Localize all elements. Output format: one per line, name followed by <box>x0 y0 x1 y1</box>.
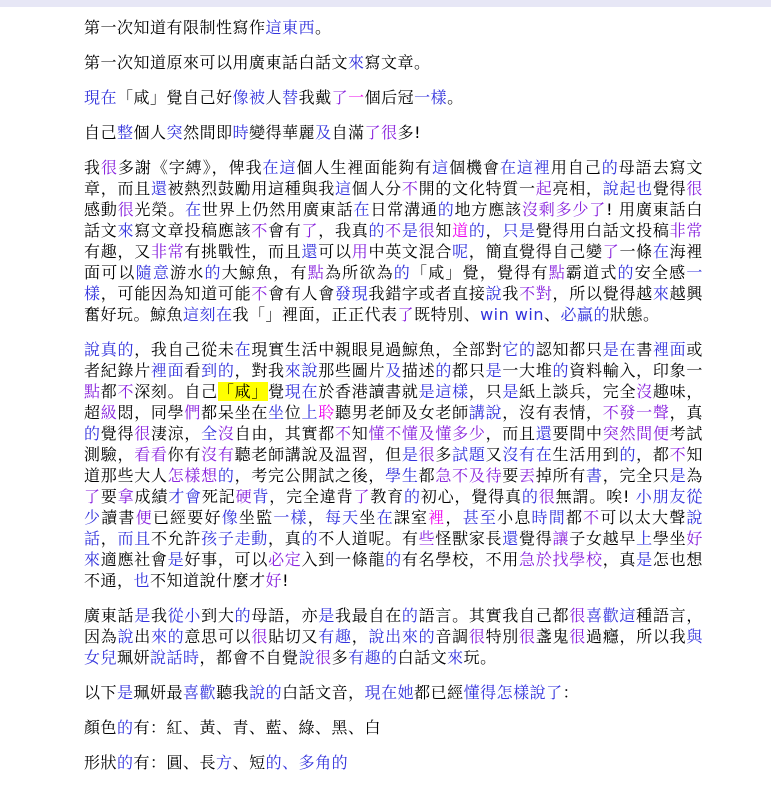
text-run-b: 坐 <box>268 403 285 422</box>
paragraph: 形狀的有：圓、長方、短的、多角的 <box>84 752 703 773</box>
text-run-b: 及 <box>315 123 332 142</box>
text-run-k: ，沒有表情， <box>502 403 602 422</box>
text-run-v: 很 <box>539 487 556 506</box>
text-run-k: 第一次知道有限制性寫作 <box>84 18 266 37</box>
text-run-k: 我戴 <box>299 88 332 107</box>
text-run-k: ! <box>282 571 289 590</box>
text-run-k: 資料輸入，印象一 <box>569 361 703 380</box>
text-run-b: 有趣 <box>318 627 351 646</box>
text-run-b: 的 <box>385 550 402 569</box>
text-run-k: 大鯨魚，有 <box>222 263 308 282</box>
text-run-b: 說 <box>486 284 503 303</box>
text-run-k: 要 <box>502 466 519 485</box>
text-run-k: 為所欲為 <box>325 263 394 282</box>
text-run-k: 怪獸家長 <box>435 529 502 548</box>
text-run-b: 來的 <box>151 627 184 646</box>
text-run-v: 丟 <box>519 466 536 485</box>
text-run-k: 多謝《字縛》，俾我 <box>118 158 263 177</box>
text-run-v: 點 <box>308 263 325 282</box>
text-run-b: 來 <box>348 53 365 72</box>
text-run-b: 的 <box>302 529 319 548</box>
text-run-b: 來 <box>653 284 670 303</box>
text-run-b: 的、多角的 <box>266 753 349 772</box>
text-run-v: 不對 <box>519 284 552 303</box>
text-run-k: 入到一條龍 <box>302 550 386 569</box>
text-run-k: ，都 <box>636 445 669 464</box>
text-run-v: 點 <box>84 382 101 401</box>
text-run-k: 我 <box>502 284 519 303</box>
text-run-k: 我最自在 <box>335 606 402 625</box>
text-run-b: 的 <box>368 221 385 240</box>
text-run-k: 多! <box>398 123 421 142</box>
text-run-b: 這 <box>335 179 352 198</box>
text-run-k: 都已經 <box>414 683 464 702</box>
text-run-b: 是這樣 <box>419 382 469 401</box>
text-run-k: 有挑戰性，而且 <box>184 242 301 261</box>
text-run-k: 。 <box>315 18 332 37</box>
text-run-b: 來 <box>117 221 134 240</box>
text-run-v: 了 <box>353 487 370 506</box>
text-run-k: 位 <box>285 403 302 422</box>
text-run-k: 既特別、 <box>414 305 480 324</box>
text-run-k: 悶，同學 <box>117 403 184 422</box>
text-run-k: 安全感 <box>635 263 687 282</box>
text-run-v: 不發一聲 <box>603 403 670 422</box>
text-run-k: 個人生裡面能夠有 <box>296 158 432 177</box>
text-run-k: 、 <box>544 305 561 324</box>
text-run-k: ，完全違背 <box>269 487 353 506</box>
text-run-v: 沒剩多少了 <box>522 200 606 219</box>
text-run-k: 讀書 <box>101 508 135 527</box>
text-run-k: 。 <box>447 88 464 107</box>
text-run-b: 這東西 <box>266 18 316 37</box>
text-run-b: 像被 <box>233 88 266 107</box>
text-run-k: ， <box>486 221 503 240</box>
text-run-b: 是 <box>134 606 151 625</box>
text-run-v: 很 <box>315 648 332 667</box>
text-run-b: 的 <box>235 606 252 625</box>
text-run-k: 游水 <box>170 263 204 282</box>
text-run-k: 於香港讀書就 <box>318 382 418 401</box>
text-run-b: 的 <box>394 263 411 282</box>
text-run-b: 隨意 <box>136 263 170 282</box>
text-run-b: 的 <box>469 221 486 240</box>
text-run-k: 生活用到 <box>553 445 620 464</box>
text-run-b: 及 <box>385 361 402 380</box>
text-run-b: 現在她 <box>365 683 415 702</box>
text-run-k: 「咸」覺，覺得有 <box>411 263 549 282</box>
text-run-v: 不 <box>402 179 419 198</box>
paragraph: 顏色的有：紅、黃、青、藍、綠、黑、白 <box>84 717 703 738</box>
text-run-k: 子女越早 <box>569 529 636 548</box>
text-run-v: 很 <box>118 200 135 219</box>
text-run-b: 一樣 <box>273 508 307 527</box>
text-run-v: 不 <box>251 284 268 303</box>
text-run-k: ，簡直覺得自己變 <box>469 242 603 261</box>
text-run-b: 是在 <box>603 340 636 359</box>
text-run-b: 的 <box>435 361 452 380</box>
text-run-b: 有趣的 <box>348 648 398 667</box>
text-run-b: 說出來的 <box>368 627 435 646</box>
text-run-k: 都呆坐在 <box>201 403 268 422</box>
paragraph: 自己整個人突然間即時變得華麗及自滿了很多! <box>84 122 703 143</box>
text-run-v: 不 <box>335 424 352 443</box>
text-run-k: ， <box>308 508 325 527</box>
text-run-b: 在這裡 <box>500 158 551 177</box>
text-run-v: 很 <box>419 221 436 240</box>
text-run-b: 到的 <box>201 361 234 380</box>
article-body: 第一次知道有限制性寫作這東西。第一次知道原來可以用廣東話白話文來寫文章。現在「咸… <box>84 17 703 773</box>
text-run-b: 也 <box>134 571 151 590</box>
text-run-k: 有：紅、黃、青、藍、綠、黑、白 <box>134 718 382 737</box>
text-run-b: 的 <box>204 263 221 282</box>
text-run-k: ： <box>563 683 580 702</box>
text-run-v: 很 <box>519 627 536 646</box>
text-run-k: 描述 <box>402 361 435 380</box>
text-run-b: 喜歡 <box>183 683 216 702</box>
text-run-b: 沒有在 <box>502 445 552 464</box>
text-run-b: 還 <box>536 424 553 443</box>
text-run-b: 說的 <box>249 683 282 702</box>
text-run-b: 來 <box>447 648 464 667</box>
text-run-b: 來說 <box>285 361 318 380</box>
text-run-k: 學坐 <box>653 529 686 548</box>
text-run-b: 時 <box>233 123 250 142</box>
text-run-k: 形狀 <box>84 753 117 772</box>
text-run-v: 不 <box>251 221 268 240</box>
text-run-v: 很 <box>134 424 151 443</box>
text-run-k: 個機會 <box>449 158 500 177</box>
text-run-v: 讓 <box>552 529 569 548</box>
text-run-k: 然間即 <box>183 123 233 142</box>
text-run-k: ，真 <box>670 403 703 422</box>
top-bar <box>0 0 771 7</box>
text-run-k: ，對我 <box>235 361 285 380</box>
text-run-v: 好 <box>266 571 283 590</box>
text-run-k: 母語，亦 <box>251 606 318 625</box>
text-run-k: 坐 <box>359 508 376 527</box>
text-run-k: 自由，其實都 <box>235 424 335 443</box>
text-run-k: ，只 <box>469 382 502 401</box>
text-run-b: 的 <box>117 718 134 737</box>
text-run-b: 是 <box>486 361 503 380</box>
text-run-v: 沒 <box>218 424 235 443</box>
text-run-k: ， <box>352 627 369 646</box>
text-run-b: 是 <box>670 466 687 485</box>
text-run-k: 課室 <box>394 508 428 527</box>
text-run-b: 還 <box>151 179 168 198</box>
text-run-k: 書 <box>636 340 653 359</box>
text-run-k: 廣東話 <box>84 606 134 625</box>
text-run-k: 個后冠 <box>365 88 415 107</box>
text-run-b: 還 <box>502 529 519 548</box>
text-run-b: 裡面 <box>151 361 184 380</box>
text-run-k: 地方應該 <box>455 200 522 219</box>
text-run-k: ， <box>445 508 462 527</box>
text-run-v: 不 <box>670 445 687 464</box>
text-run-k: 現實生活中親眼見過鯨魚，全部對 <box>251 340 502 359</box>
text-run-k: 好事，可以 <box>184 550 268 569</box>
text-run-k: ，考完公開試之後， <box>235 466 386 485</box>
text-run-b: 呢 <box>452 242 469 261</box>
paragraph: 我很多謝《字縛》，俾我在這個人生裡面能夠有這個機會在這裡用自己的母語去寫文章，而… <box>84 157 703 325</box>
text-run-b: 突 <box>167 123 184 142</box>
text-run-v: 很 <box>101 158 118 177</box>
paragraph: 第一次知道有限制性寫作這東西。 <box>84 17 703 38</box>
text-run-b: 是 <box>502 382 519 401</box>
text-run-b: 而且 <box>117 529 150 548</box>
text-run-k: 用自己 <box>551 158 602 177</box>
text-run-k: 不知道說什麼才 <box>150 571 266 590</box>
text-run-k: 都只 <box>452 361 485 380</box>
text-run-k: ，而且 <box>486 424 536 443</box>
text-run-b: 這刻在 <box>183 305 233 324</box>
text-run-k: ，我真 <box>318 221 368 240</box>
text-run-k: 日常溝通 <box>370 200 437 219</box>
text-run-b: 是 <box>168 550 185 569</box>
text-run-k: 要 <box>101 487 118 506</box>
text-run-b: 像 <box>222 508 239 527</box>
text-run-v: 必定 <box>268 550 301 569</box>
text-run-b: 講說 <box>469 403 502 422</box>
text-run-k: 出 <box>134 627 151 646</box>
text-run-b: 書 <box>586 466 603 485</box>
text-run-k: 白話文 <box>398 648 448 667</box>
text-run-k: 白話文音， <box>282 683 365 702</box>
text-run-v: 沒 <box>636 382 653 401</box>
text-run-v: 很 <box>469 627 486 646</box>
text-run-k: 小息 <box>497 508 531 527</box>
text-run-b: 全 <box>201 424 218 443</box>
text-run-k: 覺得 <box>653 179 686 198</box>
text-run-m: 道 <box>452 221 469 240</box>
text-run-b: 的 <box>619 445 636 464</box>
text-run-k: 狀態。 <box>610 305 660 324</box>
text-run-b: win win <box>480 305 544 324</box>
text-run-m: 裡 <box>428 508 445 527</box>
text-run-k: 成績 <box>135 487 169 506</box>
text-run-k: 一大堆 <box>502 361 552 380</box>
text-run-b: 在 <box>185 200 202 219</box>
text-run-k: 為 <box>686 466 703 485</box>
text-run-k: 珮妍 <box>117 648 150 667</box>
text-run-k: 可以太大聲 <box>600 508 686 527</box>
text-run-k: 有趣，又 <box>84 242 151 261</box>
text-run-b: 每天 <box>325 508 359 527</box>
text-run-k: 到大 <box>201 606 234 625</box>
text-run-k: 感動 <box>84 200 118 219</box>
text-run-b: 從小 <box>168 606 201 625</box>
text-run-v: 用 <box>352 242 369 261</box>
text-run-b: 的 <box>618 263 635 282</box>
text-run-v: 很 <box>569 606 586 625</box>
text-run-b: 孩子走動 <box>201 529 268 548</box>
text-run-v: 很 <box>569 627 586 646</box>
text-run-b: 裡面 <box>653 340 686 359</box>
text-run-k: 都 <box>101 382 118 401</box>
text-run-v: 非常 <box>670 221 703 240</box>
text-run-b: 在 <box>377 508 394 527</box>
text-run-b: 替 <box>282 88 299 107</box>
text-run-b: 的 <box>438 200 455 219</box>
text-run-k: 盞鬼 <box>536 627 569 646</box>
text-run-b: 甚至 <box>463 508 497 527</box>
text-run-b: 懂得怎樣說了 <box>464 683 563 702</box>
paragraph: 現在「咸」覺自己好像被人替我戴了一個后冠一樣。 <box>84 87 703 108</box>
text-run-b: 現在 <box>84 88 117 107</box>
text-run-k: 被熱烈鼓勵用這種與我 <box>168 179 335 198</box>
text-run-k: 認知都只 <box>536 340 603 359</box>
text-run-k: 不人道呢。有 <box>318 529 418 548</box>
text-run-b: 是 <box>402 445 419 464</box>
text-run-b: 說 <box>299 648 316 667</box>
text-run-k: 會有人會 <box>268 284 335 303</box>
text-run-k: 無謂。唉! <box>556 487 636 506</box>
text-run-b: 現在 <box>285 382 318 401</box>
text-run-b: 才會 <box>168 487 202 506</box>
text-run-k: ，完全只 <box>603 466 670 485</box>
text-run-v: 怎樣想 <box>168 466 218 485</box>
paragraph: 以下是珮妍最喜歡聽我說的白話文音，現在她都已經懂得怎樣說了： <box>84 682 703 703</box>
text-run-k: 個人 <box>134 123 167 142</box>
text-run-k: 教育 <box>370 487 404 506</box>
text-run-k: 掉所有 <box>536 466 586 485</box>
text-run-k: ，我自己從未 <box>134 340 234 359</box>
text-run-k: 音調 <box>435 627 468 646</box>
text-run-k: 可以 <box>318 242 351 261</box>
text-run-k: ，真 <box>603 550 636 569</box>
text-run-k: 紙上談兵，完全 <box>519 382 636 401</box>
text-run-k: 聽老師講說及温習，但 <box>235 445 402 464</box>
text-run-v: 了 <box>603 242 620 261</box>
text-run-b: 學生 <box>385 466 418 485</box>
text-run-k: 坐監 <box>239 508 273 527</box>
paragraph: 第一次知道原來可以用廣東話白話文來寫文章。 <box>84 52 703 73</box>
text-run-v: 突然間便 <box>603 424 670 443</box>
text-run-k: 貼切又 <box>268 627 318 646</box>
text-run-k: 有名學校，不用 <box>402 550 519 569</box>
text-run-b: 說 <box>117 627 134 646</box>
text-run-k: 中英文混合 <box>368 242 452 261</box>
text-run-v: 點 <box>549 263 566 282</box>
text-run-b: 必贏的 <box>561 305 611 324</box>
text-run-k: ，所以覺得越 <box>553 284 653 303</box>
text-run-v: 看看 <box>134 445 167 464</box>
text-run-k: 我 <box>84 158 101 177</box>
text-run-v: 硬 <box>236 487 253 506</box>
text-run-b: 在這 <box>263 158 297 177</box>
text-run-v: 不 <box>385 221 402 240</box>
text-run-k: 個人分 <box>352 179 402 198</box>
paragraph: 說真的，我自己從未在現實生活中親眼見過鯨魚，全部對它的認知都只是在書裡面或者紀錄… <box>84 339 703 591</box>
text-run-b: 的 <box>553 361 570 380</box>
text-run-k: 顏色 <box>84 718 117 737</box>
text-run-v: 非常 <box>151 242 184 261</box>
text-run-v: 急於找學校 <box>519 550 603 569</box>
text-run-b: 的 <box>522 487 539 506</box>
text-run-v: 很 <box>251 627 268 646</box>
text-run-k: 都 <box>419 466 436 485</box>
text-run-k: 霸道式 <box>566 263 618 282</box>
text-run-k: 特別 <box>486 627 519 646</box>
text-run-v: 級 <box>101 403 118 422</box>
text-run-b: 發現 <box>335 284 368 303</box>
text-run-k: 亮相， <box>553 179 603 198</box>
text-run-k: 覺得 <box>101 424 134 443</box>
text-run-b: 試題 <box>452 445 485 464</box>
text-run-b: 只是 <box>502 221 535 240</box>
text-run-v: 不 <box>117 382 134 401</box>
text-run-b: 說真的 <box>84 340 134 359</box>
text-run-b: 的 <box>117 753 134 772</box>
text-run-k: 寫文章。 <box>365 53 431 72</box>
text-run-k: 你有 <box>168 445 201 464</box>
text-run-b: 的 <box>218 466 235 485</box>
text-run-k: 過癮，所以我 <box>586 627 686 646</box>
text-run-k: 變得華麗 <box>249 123 315 142</box>
text-run-k: 我「」裡面，正正代表 <box>233 305 398 324</box>
text-run-v: 不 <box>583 508 600 527</box>
text-run-k: 自己 <box>84 123 117 142</box>
text-run-b: 這 <box>432 158 449 177</box>
text-run-b: 來 <box>84 550 101 569</box>
text-run-b: 時間 <box>532 508 566 527</box>
text-run-v: 懂不懂及懂多少 <box>368 424 485 443</box>
text-run-k: 一條 <box>619 242 652 261</box>
text-run-b: 喜歡這 <box>586 606 636 625</box>
text-run-k: 適應社會 <box>101 550 168 569</box>
text-run-v: 急不及待 <box>435 466 502 485</box>
highlighted-text: 「咸」 <box>218 382 268 401</box>
text-run-m: 一 <box>348 88 365 107</box>
text-run-k: 聽我 <box>216 683 249 702</box>
text-run-b: 是 <box>117 683 134 702</box>
text-run-v: 些 <box>419 529 436 548</box>
text-run-b: 是 <box>636 550 653 569</box>
text-run-b: 它的 <box>502 340 535 359</box>
text-run-v: 很 <box>419 445 436 464</box>
text-run-k: 開的文化特質一 <box>419 179 536 198</box>
text-run-k: 又 <box>486 445 503 464</box>
text-run-k: 寫文章投稿應該 <box>134 221 251 240</box>
text-run-k: 我錯字或者直接 <box>368 284 485 303</box>
text-run-k: 珮妍最 <box>134 683 184 702</box>
text-run-k: 人 <box>266 88 283 107</box>
text-run-b: 的 <box>404 487 421 506</box>
text-run-k: 不允許 <box>151 529 201 548</box>
text-run-k: 覺得用白話文投稿 <box>536 221 670 240</box>
text-run-b: 在 <box>235 340 252 359</box>
text-run-k: 死記 <box>202 487 236 506</box>
text-run-v: 沒有 <box>201 445 234 464</box>
paragraph: 廣東話是我從小到大的母語，亦是我最自在的語言。其實我自己都很喜歡這種語言，因為說… <box>84 605 703 668</box>
text-run-b: 說話時 <box>150 648 200 667</box>
text-run-v: 便 <box>136 508 153 527</box>
text-run-b: 在 <box>653 242 670 261</box>
text-run-v: 了 <box>332 88 349 107</box>
text-run-k: 知 <box>435 221 452 240</box>
text-run-k: 要間中 <box>553 424 603 443</box>
text-run-b: 背 <box>252 487 269 506</box>
text-run-b: 上 <box>302 403 319 422</box>
text-run-k: 意思可以 <box>184 627 251 646</box>
text-run-k: 深刻。自己 <box>134 382 218 401</box>
text-run-k: 有：圓、長 <box>134 753 217 772</box>
text-run-k: 淒涼， <box>151 424 201 443</box>
text-run-k: ，真 <box>268 529 301 548</box>
text-run-k: 知 <box>352 424 369 443</box>
text-run-v: 了 <box>84 487 101 506</box>
